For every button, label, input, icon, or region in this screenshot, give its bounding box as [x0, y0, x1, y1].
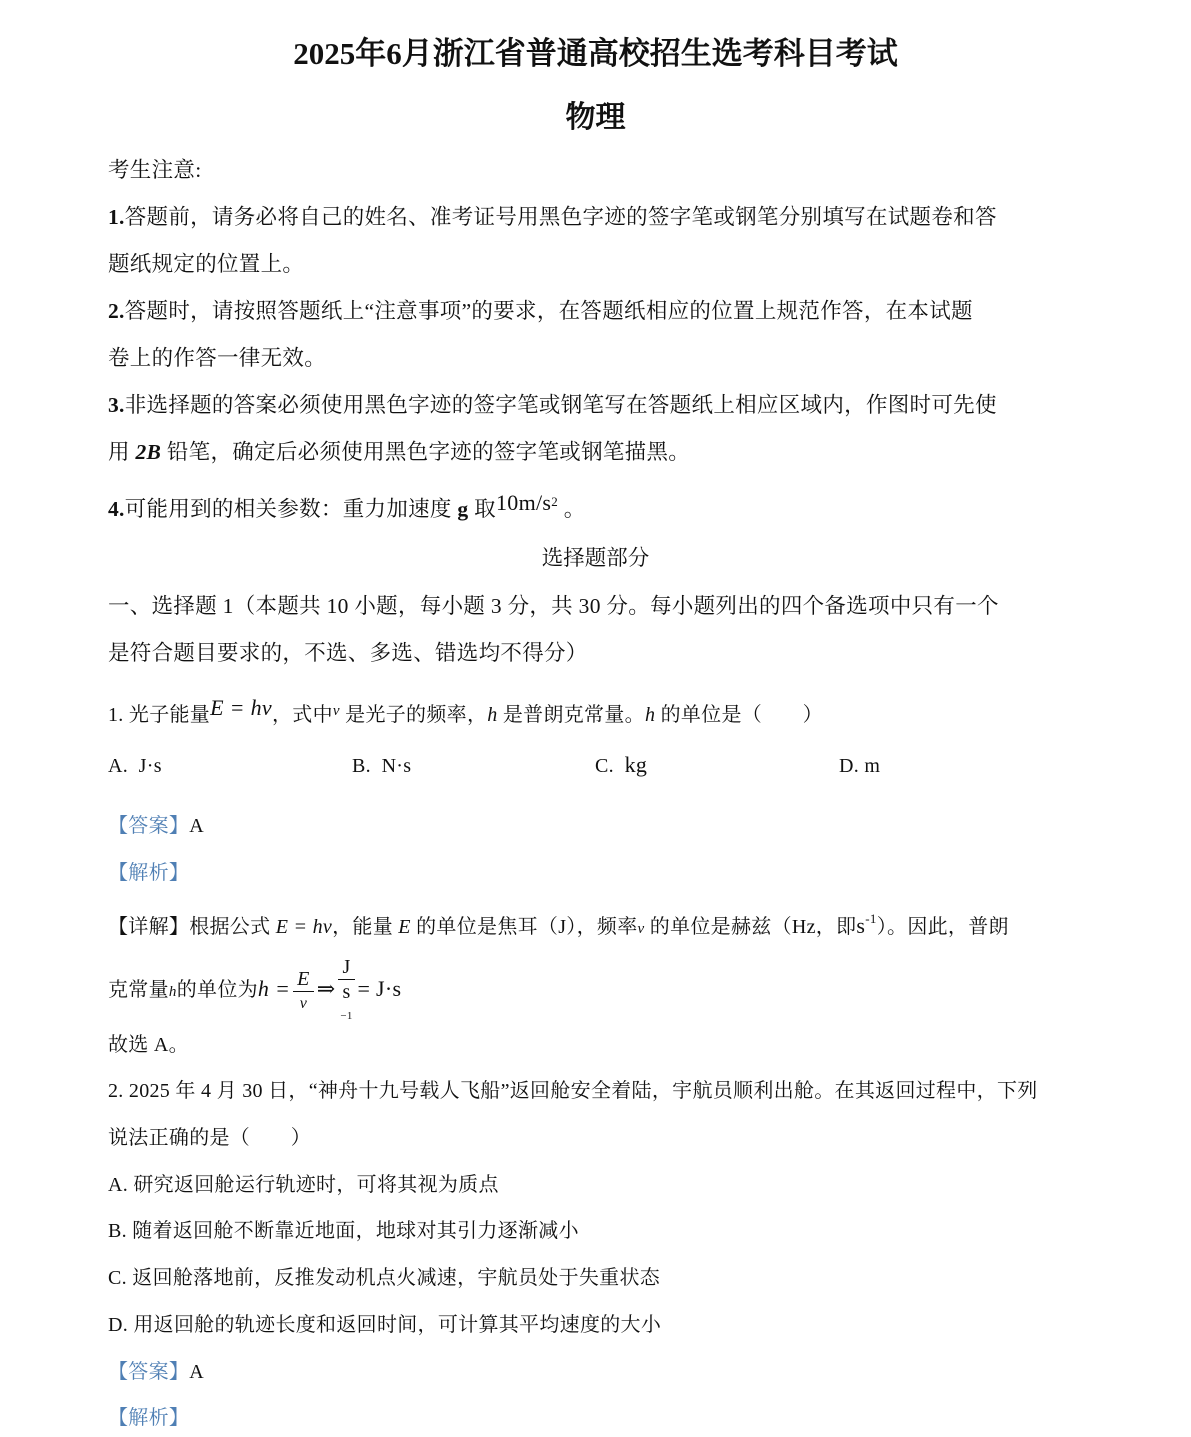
detail-text: ，能量	[332, 916, 398, 938]
notice-item-number: 4.	[108, 497, 125, 521]
stem-text: 1. 光子能量	[108, 704, 210, 726]
s-unit: s	[338, 980, 354, 1004]
option-label: C.	[108, 1267, 127, 1289]
stem-text: 是普朗克常量。	[498, 704, 645, 726]
h-symbol: h	[487, 704, 497, 726]
q2-analysis-tag: 【解析】	[108, 1401, 189, 1430]
detail-text: 的单位为	[177, 979, 258, 1001]
s-unit: s	[856, 913, 865, 938]
section-heading-line2: 是符合题目要求的，不选、多选、错选均不得分）	[108, 636, 588, 667]
option-label: A.	[108, 1174, 128, 1196]
implies-arrow: ⇒	[317, 976, 336, 1001]
stem-text: ，式中	[272, 704, 333, 726]
detail-tag: 【详解】	[108, 916, 189, 938]
notice-text: 。	[558, 497, 585, 521]
analysis-tag: 【解析】	[108, 1407, 189, 1429]
option-text: 返回舱落地前，反推发动机点火减速，宇航员处于失重状态	[132, 1267, 660, 1289]
E-symbol: E	[398, 916, 411, 938]
notice-item-2-line2: 卷上的作答一律无效。	[108, 341, 326, 372]
option-label: D.	[839, 755, 859, 777]
pencil-grade: 2B	[135, 440, 161, 464]
option-text: 研究返回舱运行轨迹时，可将其视为质点	[133, 1174, 498, 1196]
fraction-J-over-s: Js−1	[338, 955, 354, 1028]
answer-tag: 【答案】	[108, 1361, 189, 1383]
fraction-E-over-nu: Eν	[293, 967, 314, 1016]
denominator: ν	[293, 992, 314, 1016]
q2-option-b[interactable]: B. 随着返回舱不断靠近地面，地球对其引力逐渐减小	[108, 1214, 579, 1243]
exponent: -1	[865, 911, 876, 926]
option-text: 用返回舱的轨迹长度和返回时间，可计算其平均速度的大小	[133, 1314, 661, 1336]
h-symbol: h	[645, 704, 655, 726]
notice-text: 答题前，请务必将自己的姓名、准考证号用黑色字迹的签字笔或钢笔分别填写在试题卷和答	[125, 205, 997, 229]
option-label: D.	[108, 1314, 128, 1336]
section-heading-line1: 一、选择题 1（本题共 10 小题，每小题 3 分，共 30 分。每小题列出的四…	[108, 589, 999, 620]
notice-heading: 考生注意:	[108, 153, 201, 184]
question-1-stem: 1. 光子能量E = hν，式中ν 是光子的频率，h 是普朗克常量。h 的单位是…	[108, 695, 823, 727]
equation-result: = J·s	[358, 976, 402, 1001]
notice-text: 取	[468, 497, 495, 521]
q1-answer: 【答案】A	[108, 809, 204, 838]
q2-option-c[interactable]: C. 返回舱落地前，反推发动机点火减速，宇航员处于失重状态	[108, 1261, 660, 1290]
notice-text: 可能用到的相关参数：重力加速度	[125, 497, 458, 521]
notice-item-number: 2.	[108, 299, 125, 323]
option-label: C.	[595, 755, 614, 777]
detail-text: 的单位是焦耳（J），频率	[411, 916, 638, 938]
detail-text: ）。因此，普朗	[877, 916, 1009, 938]
q1-option-a[interactable]: A. J·s	[108, 755, 162, 778]
notice-item-number: 3.	[108, 393, 125, 417]
q2-option-d[interactable]: D. 用返回舱的轨迹长度和返回时间，可计算其平均速度的大小	[108, 1308, 661, 1337]
energy-formula: E = hν	[276, 916, 332, 938]
notice-text: 用	[108, 440, 135, 464]
detail-text: 根据公式	[189, 916, 276, 938]
energy-formula: E = hν	[210, 695, 272, 720]
option-label: B.	[108, 1220, 127, 1242]
q1-option-c[interactable]: C. kg	[595, 752, 647, 778]
answer-tag: 【答案】	[108, 815, 189, 837]
q1-option-d[interactable]: D. m	[839, 755, 880, 778]
q1-option-b[interactable]: B. N·s	[352, 755, 411, 778]
notice-item-3-line2: 用 2B 铅笔，确定后必须使用黑色字迹的签字笔或钢笔描黑。	[108, 435, 690, 466]
analysis-tag: 【解析】	[108, 862, 189, 884]
numerator: J	[338, 955, 354, 980]
gravity-symbol: g	[457, 497, 468, 521]
q2-answer: 【答案】A	[108, 1355, 204, 1384]
option-text: 随着返回舱不断靠近地面，地球对其引力逐渐减小	[132, 1220, 579, 1242]
notice-text: 答题时，请按照答题纸上“注意事项”的要求，在答题纸相应的位置上规范作答，在本试题	[125, 299, 973, 323]
section-title: 选择题部分	[0, 541, 1191, 572]
q1-conclusion: 故选 A。	[108, 1028, 189, 1057]
exponent: −1	[338, 1004, 354, 1028]
option-text: kg	[625, 752, 648, 777]
option-label: A.	[108, 755, 128, 777]
notice-item-1-line1: 1.答题前，请务必将自己的姓名、准考证号用黑色字迹的签字笔或钢笔分别填写在试题卷…	[108, 200, 997, 231]
notice-item-3-line1: 3.非选择题的答案必须使用黑色字迹的签字笔或钢笔写在答题纸上相应区域内，作图时可…	[108, 388, 997, 419]
gravity-value: 10m/s	[496, 490, 551, 515]
detail-text: 的单位是赫兹（Hz，即	[644, 916, 856, 938]
question-2-stem-line1: 2. 2025 年 4 月 30 日，“神舟十九号载人飞船”返回舱安全着陆，宇航…	[108, 1074, 1038, 1103]
notice-text: 铅笔，确定后必须使用黑色字迹的签字笔或钢笔描黑。	[161, 440, 690, 464]
option-text: N·s	[382, 755, 412, 777]
stem-text: 是光子的频率，	[340, 704, 487, 726]
q1-analysis-tag: 【解析】	[108, 856, 189, 885]
notice-item-number: 1.	[108, 205, 125, 229]
answer-value: A	[189, 1361, 204, 1383]
equation-lhs: h =	[258, 976, 290, 1001]
option-text: m	[864, 755, 880, 777]
notice-item-1-line2: 题纸规定的位置上。	[108, 247, 304, 278]
exam-title: 2025年6月浙江省普通高校招生选考科目考试	[0, 28, 1191, 73]
notice-item-4: 4.可能用到的相关参数：重力加速度 g 取10m/s2 。	[108, 490, 586, 523]
notice-text: 非选择题的答案必须使用黑色字迹的签字笔或钢笔写在答题纸上相应区域内，作图时可先使	[125, 393, 997, 417]
question-2-stem-line2: 说法正确的是（ ）	[108, 1121, 311, 1150]
option-label: B.	[352, 755, 371, 777]
denominator: s−1	[338, 980, 354, 1028]
h-symbol: h	[169, 984, 177, 1000]
answer-value: A	[189, 815, 204, 837]
q2-option-a[interactable]: A. 研究返回舱运行轨迹时，可将其视为质点	[108, 1168, 499, 1197]
notice-item-2-line1: 2.答题时，请按照答题纸上“注意事项”的要求，在答题纸相应的位置上规范作答，在本…	[108, 294, 973, 325]
numerator: E	[293, 967, 314, 992]
nu-symbol: ν	[333, 703, 340, 719]
option-text: J·s	[139, 755, 162, 777]
subject-title: 物理	[0, 92, 1191, 136]
q1-detail-line2: 克常量h的单位为h =Eν⇒Js−1= J·s	[108, 955, 401, 1028]
stem-text: 的单位是（ ）	[655, 704, 823, 726]
detail-text: 克常量	[108, 979, 169, 1001]
q1-detail-line1: 【详解】根据公式 E = hν，能量 E 的单位是焦耳（J），频率ν 的单位是赫…	[108, 910, 1009, 939]
